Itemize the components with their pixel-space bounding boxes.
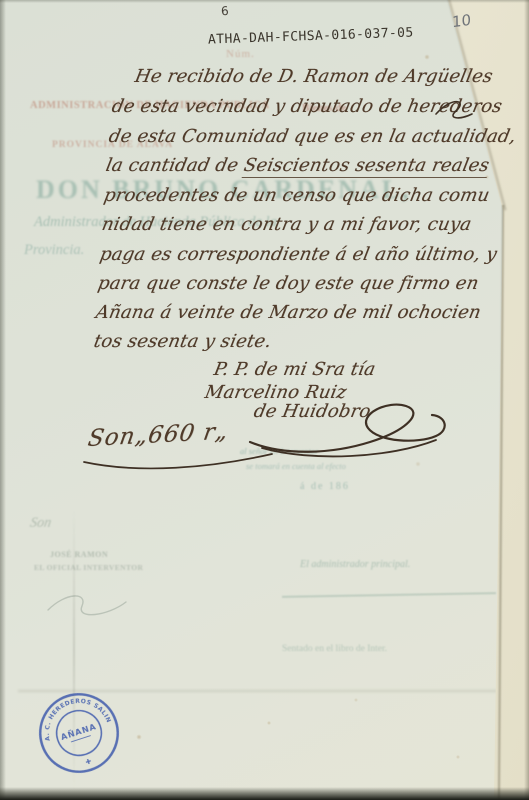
scan-edge-bottom (0, 787, 529, 800)
amount-phrase-prefix: la cantidad de (104, 155, 246, 176)
showthrough-officer-title2: Provincia. (24, 242, 84, 259)
amount-phrase-underlined: Seiscientos sesenta reales (242, 155, 491, 178)
corner-number-note: 6 (220, 4, 229, 19)
manuscript-line-10: tos sesenta y siete. (92, 331, 273, 352)
showthrough-date-line: á de 186 (300, 481, 350, 492)
scan-edge-left (0, 0, 6, 800)
manuscript-line-6: nidad tiene en contra y a mi favor, cuya (100, 214, 473, 235)
stamp-cross-icon: ✚ (85, 757, 93, 766)
manuscript-line-5: procedentes de un censo que dicha comu (102, 185, 491, 206)
manuscript-line-9: Añana á veinte de Marzo de mil ochocien (94, 302, 483, 323)
scan-edge-top (0, 0, 529, 3)
manuscript-line-1: He recibido de D. Ramon de Argüelles (133, 66, 495, 87)
showthrough-admin-principal: El administrador principal. (300, 559, 410, 570)
scan-edge-right (524, 0, 529, 800)
showthrough-name-line: JOSÉ RAMON (50, 550, 108, 559)
manuscript-line-8: para que conste le doy este que firmo en (96, 273, 481, 294)
amount-underline-flourish (80, 450, 280, 478)
scanned-document: Núm. ADMINISTRACION DE HACIENDA PUBLICA … (0, 0, 529, 800)
showthrough-num-label: Núm. (226, 48, 255, 60)
showthrough-signature-flourish (42, 582, 132, 622)
manuscript-line-4: la cantidad de Seiscientos sesenta reale… (104, 155, 491, 176)
showthrough-son-ghost: Son (29, 516, 53, 532)
line-end-flourish (432, 92, 476, 122)
showthrough-oficial-line: EL OFICIAL INTERVENTOR (34, 563, 143, 572)
manuscript-line-3: de esta Comunidad que es en la actualida… (107, 126, 518, 147)
showthrough-sentado-line: Sentado en el libro de Inter. (282, 644, 387, 654)
page-number-pencil: 10 (452, 11, 471, 31)
manuscript-line-7: paga es correspondiente á el año último,… (98, 244, 499, 265)
closing-formula: P. P. de mi Sra tía (212, 359, 377, 380)
signature-rubric-flourish (240, 392, 455, 458)
